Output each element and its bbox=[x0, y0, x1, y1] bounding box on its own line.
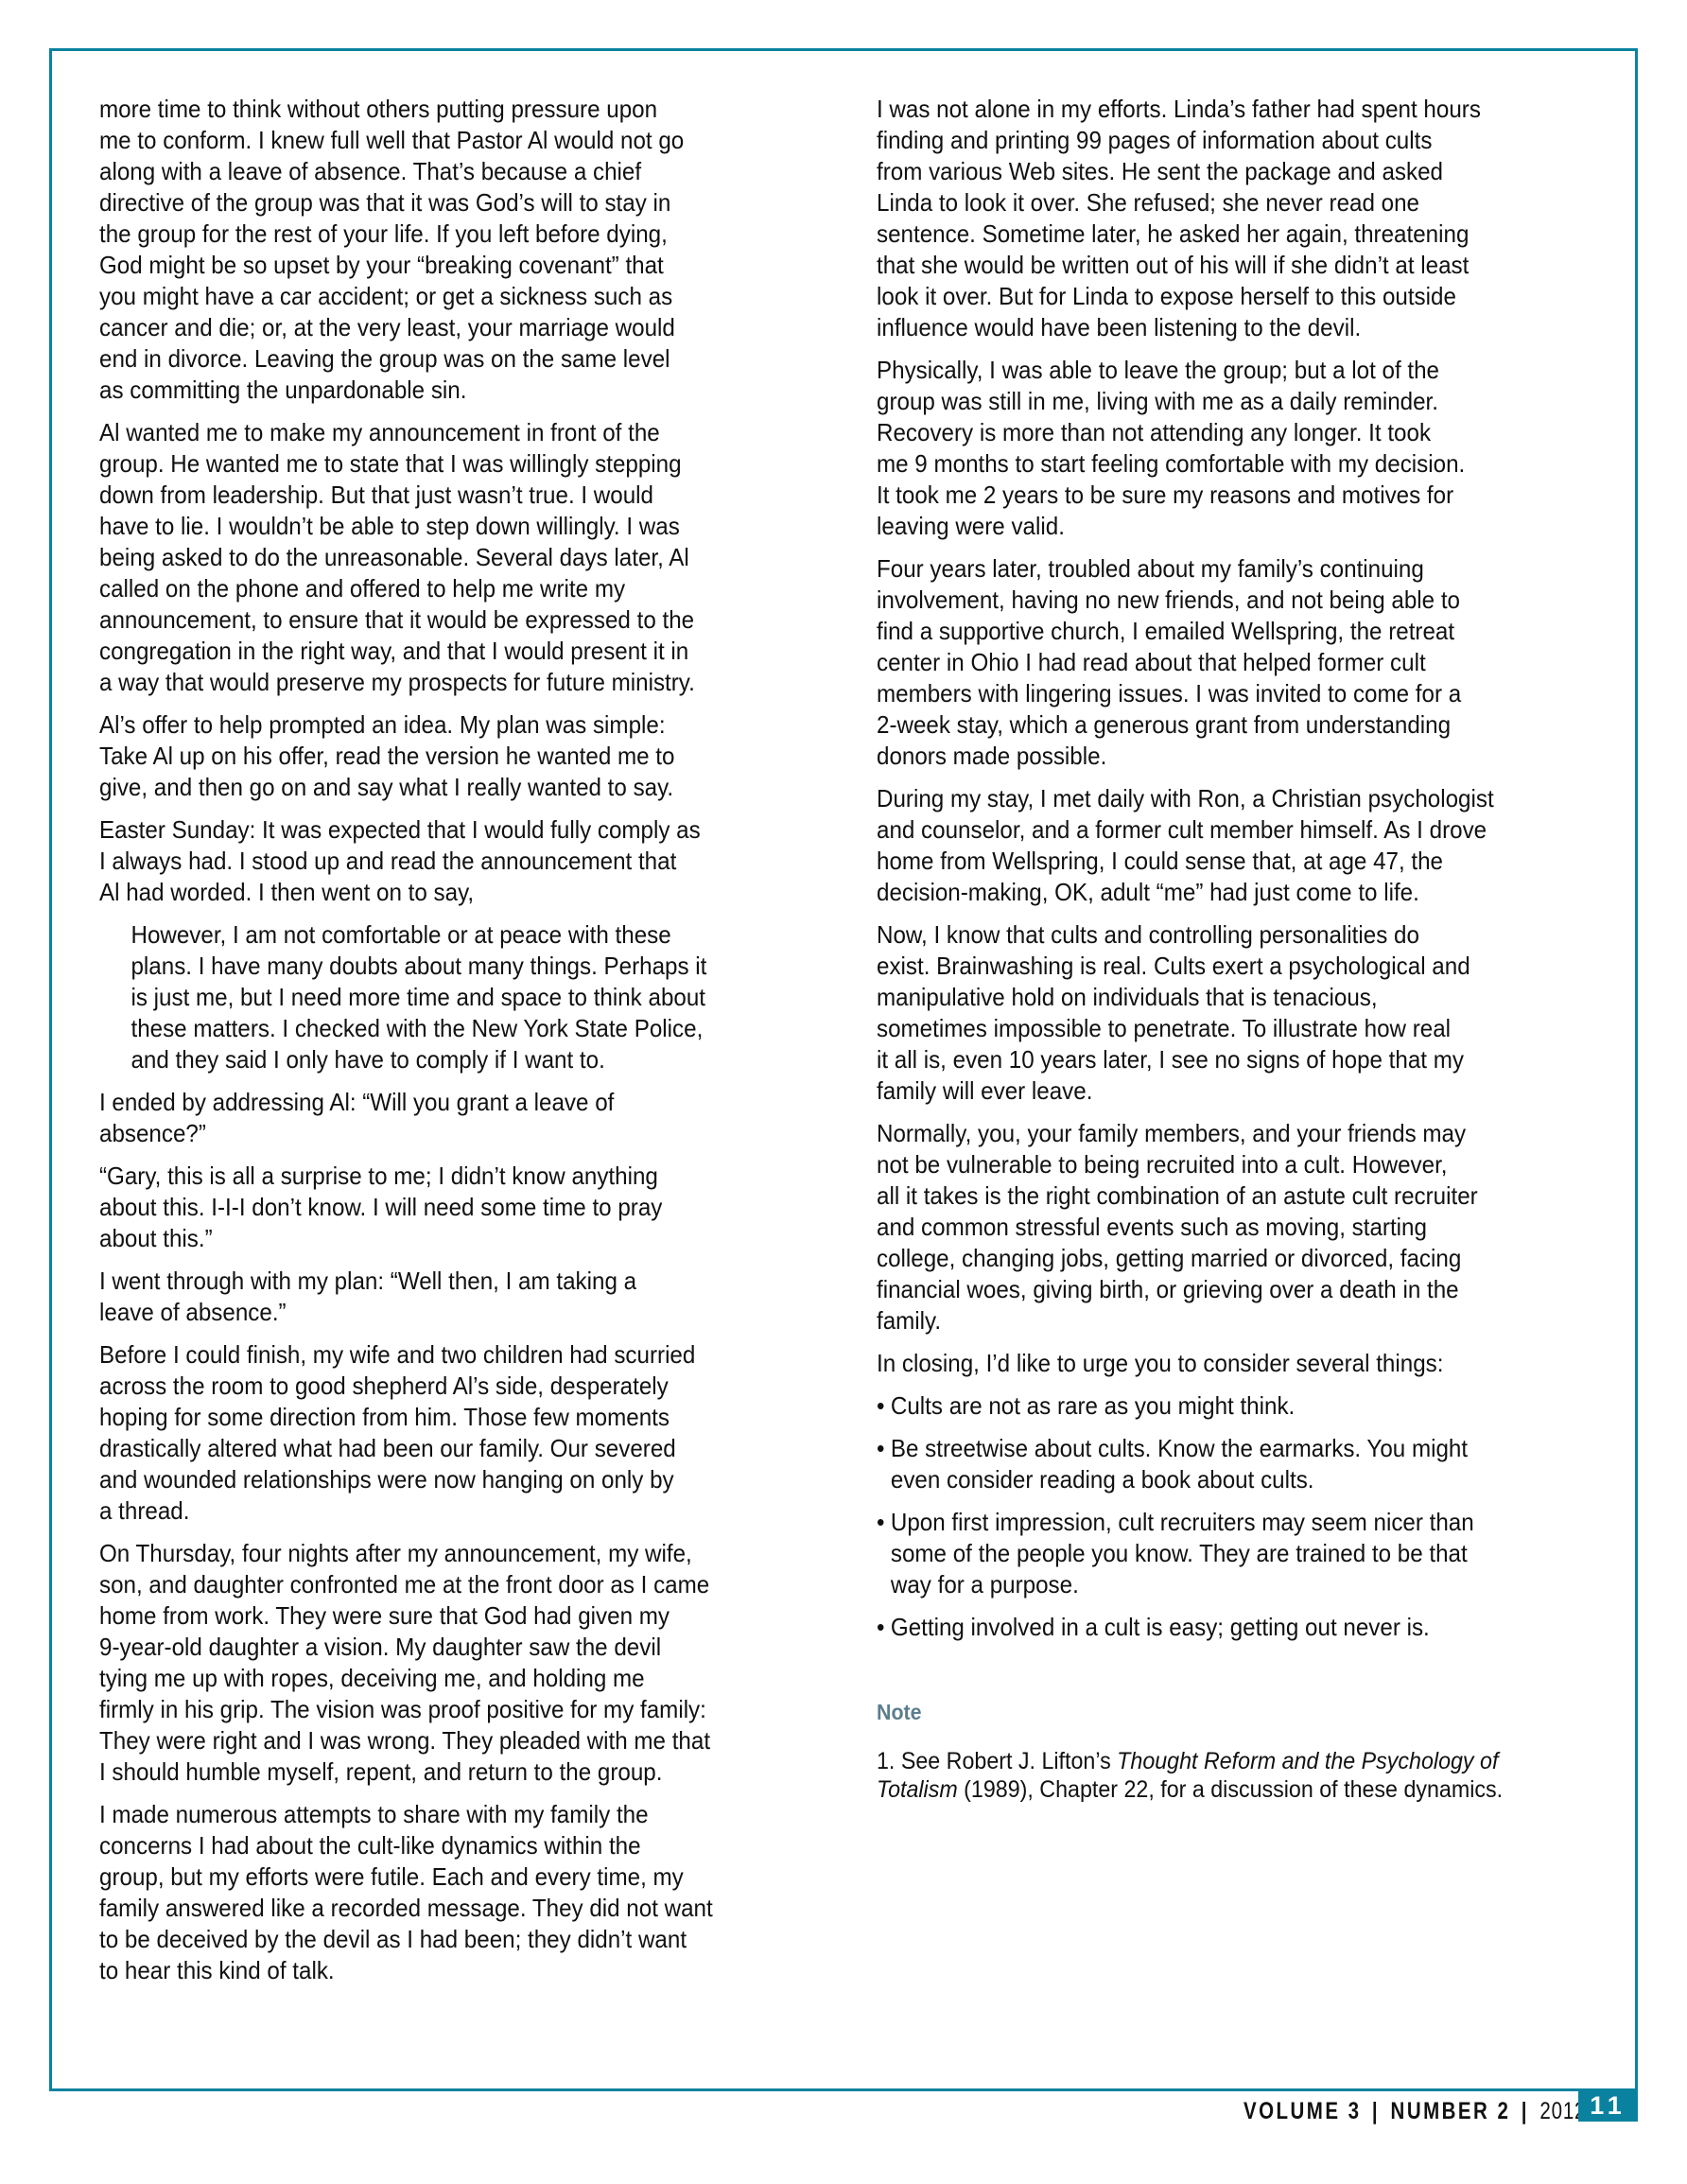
text-line: I always had. I stood up and read the an… bbox=[99, 846, 803, 877]
text-line: all it takes is the right combination of… bbox=[877, 1180, 1580, 1212]
paragraph: In closing, I’d like to urge you to cons… bbox=[877, 1348, 1580, 1379]
text-line: hoping for some direction from him. Thos… bbox=[99, 1402, 803, 1433]
text-line: firmly in his grip. The vision was proof… bbox=[99, 1694, 803, 1725]
text-line: center in Ohio I had read about that hel… bbox=[877, 647, 1580, 678]
separator: | bbox=[1518, 2098, 1532, 2124]
text-line: not be vulnerable to being recruited int… bbox=[877, 1149, 1580, 1180]
text-line: the group for the rest of your life. If … bbox=[99, 218, 803, 250]
text-line: Normally, you, your family members, and … bbox=[877, 1118, 1580, 1149]
text-line: Al wanted me to make my announcement in … bbox=[99, 417, 803, 448]
text-line: along with a leave of absence. That’s be… bbox=[99, 156, 803, 187]
paragraph: Four years later, troubled about my fami… bbox=[877, 553, 1580, 772]
text-line: group was still in me, living with me as… bbox=[877, 386, 1580, 417]
text-line: Four years later, troubled about my fami… bbox=[877, 553, 1580, 585]
text-line: donors made possible. bbox=[877, 741, 1580, 772]
text-line: cancer and die; or, at the very least, y… bbox=[99, 312, 803, 343]
text-line: 1. See Robert J. Lifton’s Thought Reform… bbox=[877, 1747, 1580, 1775]
text-line: congregation in the right way, and that … bbox=[99, 636, 803, 667]
bullet-icon: • bbox=[877, 1507, 891, 1538]
text-line: more time to think without others puttin… bbox=[99, 94, 803, 125]
text-line: about this.” bbox=[99, 1223, 803, 1254]
block-quote: However, I am not comfortable or at peac… bbox=[99, 919, 803, 1075]
text-line: During my stay, I met daily with Ron, a … bbox=[877, 783, 1580, 814]
text-line: tying me up with ropes, deceiving me, an… bbox=[99, 1663, 803, 1694]
paragraph: Easter Sunday: It was expected that I wo… bbox=[99, 814, 803, 908]
bullet-item: •Cults are not as rare as you might thin… bbox=[877, 1390, 1580, 1422]
text-line: On Thursday, four nights after my announ… bbox=[99, 1538, 803, 1569]
text-line: give, and then go on and say what I real… bbox=[99, 772, 803, 803]
page-number-badge: 11 bbox=[1578, 2090, 1638, 2122]
paragraph: I made numerous attempts to share with m… bbox=[99, 1799, 803, 1986]
text-line: called on the phone and offered to help … bbox=[99, 573, 803, 604]
text-line: Linda to look it over. She refused; she … bbox=[877, 187, 1580, 218]
text-line: influence would have been listening to t… bbox=[877, 312, 1580, 343]
text-line: absence?” bbox=[99, 1118, 803, 1149]
paragraph: I was not alone in my efforts. Linda’s f… bbox=[877, 94, 1580, 343]
text-line: involvement, having no new friends, and … bbox=[877, 585, 1580, 616]
text-line: decision-making, OK, adult “me” had just… bbox=[877, 877, 1580, 908]
journal-footer: VOLUME 3 | NUMBER 2 | 2012 bbox=[1244, 2098, 1586, 2125]
note-heading: Note bbox=[877, 1698, 1580, 1726]
bullet-item: •Upon first impression, cult recruiters … bbox=[877, 1507, 1580, 1600]
footnote: 1. See Robert J. Lifton’s Thought Reform… bbox=[877, 1747, 1580, 1804]
text-line: 9-year-old daughter a vision. My daughte… bbox=[99, 1632, 803, 1663]
text-line: Recovery is more than not attending any … bbox=[877, 417, 1580, 448]
text-line: sometimes impossible to penetrate. To il… bbox=[877, 1013, 1580, 1044]
text-line: is just me, but I need more time and spa… bbox=[130, 982, 803, 1013]
text-line: members with lingering issues. I was inv… bbox=[877, 678, 1580, 709]
text-line: Take Al up on his offer, read the versio… bbox=[99, 741, 803, 772]
text-line: family. bbox=[877, 1305, 1580, 1337]
text-line: Al’s offer to help prompted an idea. My … bbox=[99, 709, 803, 741]
paragraph: I went through with my plan: “Well then,… bbox=[99, 1266, 803, 1328]
paragraph: On Thursday, four nights after my announ… bbox=[99, 1538, 803, 1788]
text-line: and counselor, and a former cult member … bbox=[877, 814, 1580, 846]
text-line: I made numerous attempts to share with m… bbox=[99, 1799, 803, 1830]
text-line: •Cults are not as rare as you might thin… bbox=[877, 1390, 1580, 1422]
text-line: directive of the group was that it was G… bbox=[99, 187, 803, 218]
text-line: to be deceived by the devil as I had bee… bbox=[99, 1924, 803, 1955]
volume-label: VOLUME 3 bbox=[1244, 2098, 1361, 2124]
text-line: sentence. Sometime later, he asked her a… bbox=[877, 218, 1580, 250]
text-line: being asked to do the unreasonable. Seve… bbox=[99, 542, 803, 573]
paragraph: I ended by addressing Al: “Will you gran… bbox=[99, 1087, 803, 1149]
text-line: family answered like a recorded message.… bbox=[99, 1893, 803, 1924]
text-line: 2-week stay, which a generous grant from… bbox=[877, 709, 1580, 741]
text-line: group. He wanted me to state that I was … bbox=[99, 448, 803, 480]
paragraph: more time to think without others puttin… bbox=[99, 94, 803, 406]
text-line: They were right and I was wrong. They pl… bbox=[99, 1725, 803, 1756]
bullet-item: •Be streetwise about cults. Know the ear… bbox=[877, 1433, 1580, 1495]
text-line: It took me 2 years to be sure my reasons… bbox=[877, 480, 1580, 511]
text-line: I ended by addressing Al: “Will you gran… bbox=[99, 1087, 803, 1118]
paragraph: “Gary, this is all a surprise to me; I d… bbox=[99, 1161, 803, 1254]
text-line: manipulative hold on individuals that is… bbox=[877, 982, 1580, 1013]
text-line: it all is, even 10 years later, I see no… bbox=[877, 1044, 1580, 1075]
text-line: and common stressful events such as movi… bbox=[877, 1212, 1580, 1243]
text-line: home from work. They were sure that God … bbox=[99, 1600, 803, 1632]
text-line: to hear this kind of talk. bbox=[99, 1955, 803, 1986]
left-column: more time to think without others puttin… bbox=[99, 94, 803, 1998]
bullet-icon: • bbox=[877, 1433, 891, 1464]
paragraph: Before I could finish, my wife and two c… bbox=[99, 1339, 803, 1527]
bullet-item: •Getting involved in a cult is easy; get… bbox=[877, 1612, 1580, 1643]
text-line: a way that would preserve my prospects f… bbox=[99, 667, 803, 698]
text-line: Physically, I was able to leave the grou… bbox=[877, 355, 1580, 386]
bullet-icon: • bbox=[877, 1612, 891, 1643]
text-line: God might be so upset by your “breaking … bbox=[99, 250, 803, 281]
text-line: across the room to good shepherd Al’s si… bbox=[99, 1371, 803, 1402]
text-line: However, I am not comfortable or at peac… bbox=[130, 919, 803, 951]
text-line: drastically altered what had been our fa… bbox=[99, 1433, 803, 1464]
text-line: son, and daughter confronted me at the f… bbox=[99, 1569, 803, 1600]
text-line: announcement, to ensure that it would be… bbox=[99, 604, 803, 636]
text-line: Easter Sunday: It was expected that I wo… bbox=[99, 814, 803, 846]
text-line: even consider reading a book about cults… bbox=[877, 1464, 1580, 1495]
text-line: finding and printing 99 pages of informa… bbox=[877, 125, 1580, 156]
bullet-text: Be streetwise about cults. Know the earm… bbox=[891, 1434, 1468, 1462]
text-line: me 9 months to start feeling comfortable… bbox=[877, 448, 1580, 480]
text-line: as committing the unpardonable sin. bbox=[99, 375, 803, 406]
text-line: I went through with my plan: “Well then,… bbox=[99, 1266, 803, 1297]
text-line: have to lie. I wouldn’t be able to step … bbox=[99, 511, 803, 542]
right-column: I was not alone in my efforts. Linda’s f… bbox=[877, 94, 1580, 1804]
text-line: way for a purpose. bbox=[877, 1569, 1580, 1600]
text-line: “Gary, this is all a surprise to me; I d… bbox=[99, 1161, 803, 1192]
text-line: some of the people you know. They are tr… bbox=[877, 1538, 1580, 1569]
footnote-text: 1. See Robert J. Lifton’s bbox=[877, 1748, 1117, 1774]
text-line: concerns I had about the cult-like dynam… bbox=[99, 1830, 803, 1861]
text-line: financial woes, giving birth, or grievin… bbox=[877, 1274, 1580, 1305]
text-line: I should humble myself, repent, and retu… bbox=[99, 1756, 803, 1788]
text-line: you might have a car accident; or get a … bbox=[99, 281, 803, 312]
bullet-text: Upon first impression, cult recruiters m… bbox=[891, 1508, 1474, 1536]
text-line: that she would be written out of his wil… bbox=[877, 250, 1580, 281]
text-line: about this. I-I-I don’t know. I will nee… bbox=[99, 1192, 803, 1223]
text-line: find a supportive church, I emailed Well… bbox=[877, 616, 1580, 647]
text-line: Totalism (1989), Chapter 22, for a discu… bbox=[877, 1775, 1580, 1804]
text-line: me to conform. I knew full well that Pas… bbox=[99, 125, 803, 156]
bullet-icon: • bbox=[877, 1390, 891, 1422]
paragraph: Physically, I was able to leave the grou… bbox=[877, 355, 1580, 542]
text-line: In closing, I’d like to urge you to cons… bbox=[877, 1348, 1580, 1379]
text-line: look it over. But for Linda to expose he… bbox=[877, 281, 1580, 312]
text-line: exist. Brainwashing is real. Cults exert… bbox=[877, 951, 1580, 982]
paragraph: During my stay, I met daily with Ron, a … bbox=[877, 783, 1580, 908]
bullet-text: Cults are not as rare as you might think… bbox=[891, 1391, 1295, 1420]
text-line: family will ever leave. bbox=[877, 1075, 1580, 1107]
text-line: •Getting involved in a cult is easy; get… bbox=[877, 1612, 1580, 1643]
text-line: I was not alone in my efforts. Linda’s f… bbox=[877, 94, 1580, 125]
separator: | bbox=[1369, 2098, 1383, 2124]
text-line: leave of absence.” bbox=[99, 1297, 803, 1328]
footnote-text: (1989), Chapter 22, for a discussion of … bbox=[958, 1776, 1503, 1803]
issue-number-label: NUMBER 2 bbox=[1391, 2098, 1511, 2124]
book-title: Thought Reform and the Psychology of bbox=[1117, 1748, 1498, 1774]
paragraph: Al wanted me to make my announcement in … bbox=[99, 417, 803, 698]
text-line: down from leadership. But that just wasn… bbox=[99, 480, 803, 511]
paragraph: Now, I know that cults and controlling p… bbox=[877, 919, 1580, 1107]
text-line: and they said I only have to comply if I… bbox=[130, 1044, 803, 1075]
text-line: Al had worded. I then went on to say, bbox=[99, 877, 803, 908]
text-line: •Upon first impression, cult recruiters … bbox=[877, 1507, 1580, 1538]
paragraph: Al’s offer to help prompted an idea. My … bbox=[99, 709, 803, 803]
bullet-text: Getting involved in a cult is easy; gett… bbox=[891, 1613, 1430, 1641]
text-line: home from Wellspring, I could sense that… bbox=[877, 846, 1580, 877]
book-title: Totalism bbox=[877, 1776, 958, 1803]
paragraph: Normally, you, your family members, and … bbox=[877, 1118, 1580, 1337]
text-line: leaving were valid. bbox=[877, 511, 1580, 542]
text-line: •Be streetwise about cults. Know the ear… bbox=[877, 1433, 1580, 1464]
text-line: a thread. bbox=[99, 1495, 803, 1527]
text-line: these matters. I checked with the New Yo… bbox=[130, 1013, 803, 1044]
text-line: and wounded relationships were now hangi… bbox=[99, 1464, 803, 1495]
text-line: plans. I have many doubts about many thi… bbox=[130, 951, 803, 982]
text-line: group, but my efforts were futile. Each … bbox=[99, 1861, 803, 1893]
text-line: end in divorce. Leaving the group was on… bbox=[99, 343, 803, 375]
text-line: Now, I know that cults and controlling p… bbox=[877, 919, 1580, 951]
text-line: from various Web sites. He sent the pack… bbox=[877, 156, 1580, 187]
text-line: college, changing jobs, getting married … bbox=[877, 1243, 1580, 1274]
text-line: Before I could finish, my wife and two c… bbox=[99, 1339, 803, 1371]
